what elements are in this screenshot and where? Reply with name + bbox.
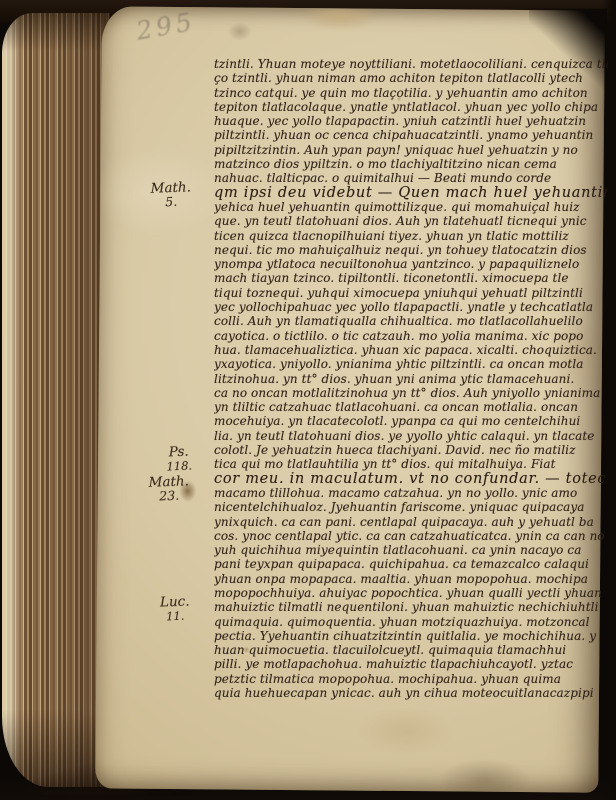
manuscript-line: ticen quizca tlacnopilhuiani tiyez. yhua… [214, 229, 608, 243]
manuscript-line: colli. Auh yn tlamatiqualla chihualtica.… [214, 314, 608, 328]
manuscript-line: petztic tilmatica mopopohua. mochipahua.… [214, 672, 608, 686]
manuscript-line: piltzintli. yhuan oc cenca chipahuacatzi… [214, 128, 608, 142]
right-gutter-shadow [602, 0, 616, 800]
manuscript-line: cor meu. in maculatum. vt no confundar. … [214, 472, 608, 486]
manuscript-line: pectia. Yyehuantin cihuatzitzintin quitl… [214, 629, 608, 643]
manuscript-line: yec yollochipahuac yec yollo tlapapactli… [214, 300, 608, 314]
manuscript-line: yhuan onpa mopapaca. maaltia. yhuan mopo… [214, 572, 608, 586]
margin-note-math-23: Math. 23. [144, 474, 195, 504]
manuscript-line: matzinco dios ypiltzin. o mo tlachiyalti… [214, 157, 608, 171]
manuscript-line: nahuac. tlalticpac. o quimitalhui — Beat… [214, 171, 608, 185]
manuscript-line: nequi. tic mo mahuiçalhuiz nequi. yn toh… [214, 243, 608, 257]
manuscript-line: hua. tlamacehualiztica. yhuan xic papaca… [214, 343, 608, 357]
manuscript-line: huan quimocuetia. tlacuilolcueytl. quima… [214, 643, 608, 657]
manuscript-text-block: tzintli. Yhuan moteye noyttiliani. motet… [214, 57, 608, 703]
manuscript-line: huaque. yec yollo tlapapactin. yniuh cat… [214, 114, 608, 128]
manuscript-line: yxayotica. yniyollo. ynianima yhtic pilt… [214, 357, 608, 371]
manuscript-line: pipiltzitzintin. Auh ypan payn! yniquac … [214, 143, 608, 157]
stacked-page-edges [2, 13, 110, 787]
manuscript-line: mach tiayan tzinco. tipiltontli. ticonet… [214, 271, 608, 285]
manuscript-line: qm ipsi deu videbut — Quen mach huel yeh… [214, 186, 608, 200]
manuscript-line: lia. yn teutl tlatohuani dios. ye yyollo… [214, 429, 608, 443]
margin-note-ps-118: Ps. 118. [154, 444, 205, 474]
manuscript-line: quia huehuecapan ynicac. auh yn cihua mo… [214, 686, 608, 700]
manuscript-line: mahuiztic tilmatli nequentiloni. yhuan m… [214, 600, 608, 614]
manuscript-line: tiqui toznequi. yuhqui ximocuepa yniuhqu… [214, 286, 608, 300]
manuscript-line: ço tzintli. yhuan niman amo achiton tepi… [214, 71, 608, 85]
manuscript-line: pani teyxpan quipapaca. quichipahua. ca … [214, 557, 608, 571]
manuscript-line: quimaquia. quimoquentia. yhuan motziquaz… [214, 615, 608, 629]
book-photograph: 295 tzintli. Yhuan moteye noyttiliani. m… [0, 0, 616, 800]
manuscript-line: cos. ynoc centlapal ytic. ca can catzahu… [214, 529, 608, 543]
manuscript-line: pilli. ye motlapachohua. mahuiztic tlapa… [214, 657, 608, 671]
manuscript-line: cayotica. o tictlilo. o tic catzauh. mo … [214, 329, 608, 343]
manuscript-line: tica qui mo tlatlauhtilia yn tt° dios. q… [214, 457, 608, 471]
manuscript-line: yuh quichihua miyequintin tlatlacohuani.… [214, 543, 608, 557]
margin-note-math-5: Math. 5. [146, 180, 197, 210]
manuscript-line: tzinco catqui. ye quin mo tlaçotilia. y … [214, 86, 608, 100]
manuscript-line: macamo tlillohua. macamo catzahua. yn no… [214, 486, 608, 500]
manuscript-line: ynixquich. ca can pani. centlapal quipac… [214, 515, 608, 529]
manuscript-line: yehica huel yehuantin quimottilizque. qu… [214, 200, 608, 214]
manuscript-line: yn tliltic catzahuac tlatlacohuani. ca o… [214, 400, 608, 414]
margin-note-luc-11: Luc. 11. [150, 594, 201, 624]
manuscript-line: tzintli. Yhuan moteye noyttiliani. motet… [214, 57, 608, 71]
manuscript-line: tepiton tlatlacolaque. ynatle yntlatlaco… [214, 100, 608, 114]
margin-note-num: 11. [150, 608, 200, 624]
manuscript-line: mocehuiya. yn tlacatecolotl. ypanpa ca q… [214, 414, 608, 428]
manuscript-line: que. yn teutl tlatohuani dios. Auh yn tl… [214, 214, 608, 228]
manuscript-line: mopopochhuiya. ahuiyac popochtica. yhuan… [214, 586, 608, 600]
manuscript-line: ca no oncan motlalitzinohua yn tt° dios.… [214, 386, 608, 400]
manuscript-line: nicentelchihualoz. Jyehuantin fariscome.… [214, 500, 608, 514]
manuscript-line: colotl. Je yehuatzin hueca tlachiyani. D… [214, 443, 608, 457]
manuscript-line: litzinohua. yn tt° dios. yhuan yni anima… [214, 372, 608, 386]
margin-note-num: 118. [154, 458, 204, 474]
manuscript-line: ynompa ytlatoca necuiltonohua yantzinco.… [214, 257, 608, 271]
